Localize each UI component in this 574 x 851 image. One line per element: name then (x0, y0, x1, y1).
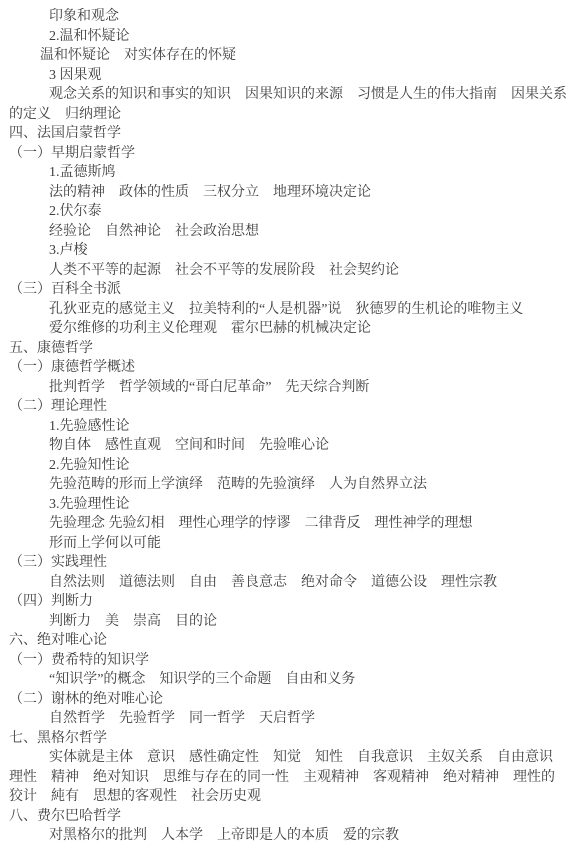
section-line: （三）实践理性 (0, 553, 570, 573)
keyword-line: 形而上学何以可能 (0, 534, 570, 554)
keyword-line: 先验范畴的形而上学演绎 范畴的先验演绎 人为自然界立法 (0, 475, 570, 495)
numbered-item-line: 3.先验理性论 (0, 495, 570, 515)
section-line: （一）费希特的知识学 (0, 651, 570, 671)
keyword-line: 爱尔维修的功利主义伦理观 霍尔巴赫的机械决定论 (0, 319, 570, 339)
keyword-line: 先验理念 先验幻相 理性心理学的悖谬 二律背反 理性神学的理想 (0, 514, 570, 534)
keyword-line: “知识学”的概念 知识学的三个命题 自由和义务 (0, 670, 570, 690)
document-page: 印象和观念2.温和怀疑论温和怀疑论 对实体存在的怀疑3 因果观观念关系的知识和事… (0, 0, 574, 851)
chapter-line: 八、费尔巴哈哲学 (0, 807, 570, 827)
section-line: （四）判断力 (0, 592, 570, 612)
section-line: （一）早期启蒙哲学 (0, 144, 570, 164)
keyword-line: 孔狄亚克的感觉主义 拉美特利的“人是机器”说 狄德罗的生机论的唯物主义 (0, 300, 570, 320)
numbered-item-line: 2.温和怀疑论 (0, 27, 570, 47)
keyword-line: 物自体 感性直观 空间和时间 先验唯心论 (0, 436, 570, 456)
keyword-line: 自然哲学 先验哲学 同一哲学 天启哲学 (0, 709, 570, 729)
keyword-line: 观念关系的知识和事实的知识 因果知识的来源 习惯是人生的伟大指南 因果关系 (0, 85, 570, 105)
chapter-line: 五、康德哲学 (0, 339, 570, 359)
numbered-item-line: 1.孟德斯鸠 (0, 163, 570, 183)
keyword-line: 法的精神 政体的性质 三权分立 地理环境决定论 (0, 183, 570, 203)
chapter-line: 四、法国启蒙哲学 (0, 124, 570, 144)
numbered-item-line: 1.先验感性论 (0, 417, 570, 437)
keyword-line: 批判哲学 哲学领域的“哥白尼革命” 先天综合判断 (0, 378, 570, 398)
section-line: （二）谢林的绝对唯心论 (0, 690, 570, 710)
numbered-item-line: 2.先验知性论 (0, 456, 570, 476)
section-line: （一）康德哲学概述 (0, 358, 570, 378)
chapter-line: 六、绝对唯心论 (0, 631, 570, 651)
continuation-line: 狡计 純有 思想的客观性 社会历史观 (0, 787, 570, 807)
section-line: （三）百科全书派 (0, 280, 570, 300)
keyword-line: 印象和观念 (0, 7, 570, 27)
keyword-line: 经验论 自然神论 社会政治思想 (0, 222, 570, 242)
keyword-line: 人类不平等的起源 社会不平等的发展阶段 社会契约论 (0, 261, 570, 281)
continuation-line: 理性 精神 绝对知识 思维与存在的同一性 主观精神 客观精神 绝对精神 理性的 (0, 768, 570, 788)
keyword-line: 对黑格尔的批判 人本学 上帝即是人的本质 爱的宗教 (0, 826, 570, 846)
chapter-line: 七、黑格尔哲学 (0, 729, 570, 749)
numbered-item-line: 3.卢梭 (0, 241, 570, 261)
section-line: （二）理论理性 (0, 397, 570, 417)
keyword-line: 实体就是主体 意识 感性确定性 知觉 知性 自我意识 主奴关系 自由意识 (0, 748, 570, 768)
numbered-item-line: 2.伏尔泰 (0, 202, 570, 222)
keyword-line: 判断力 美 崇高 目的论 (0, 612, 570, 632)
keyword-line: 温和怀疑论 对实体存在的怀疑 (0, 46, 570, 66)
numbered-item-line: 3 因果观 (0, 66, 570, 86)
keyword-line: 自然法则 道德法则 自由 善良意志 绝对命令 道德公设 理性宗教 (0, 573, 570, 593)
document-body: 印象和观念2.温和怀疑论温和怀疑论 对实体存在的怀疑3 因果观观念关系的知识和事… (0, 7, 570, 846)
continuation-line: 的定义 归纳理论 (0, 105, 570, 125)
